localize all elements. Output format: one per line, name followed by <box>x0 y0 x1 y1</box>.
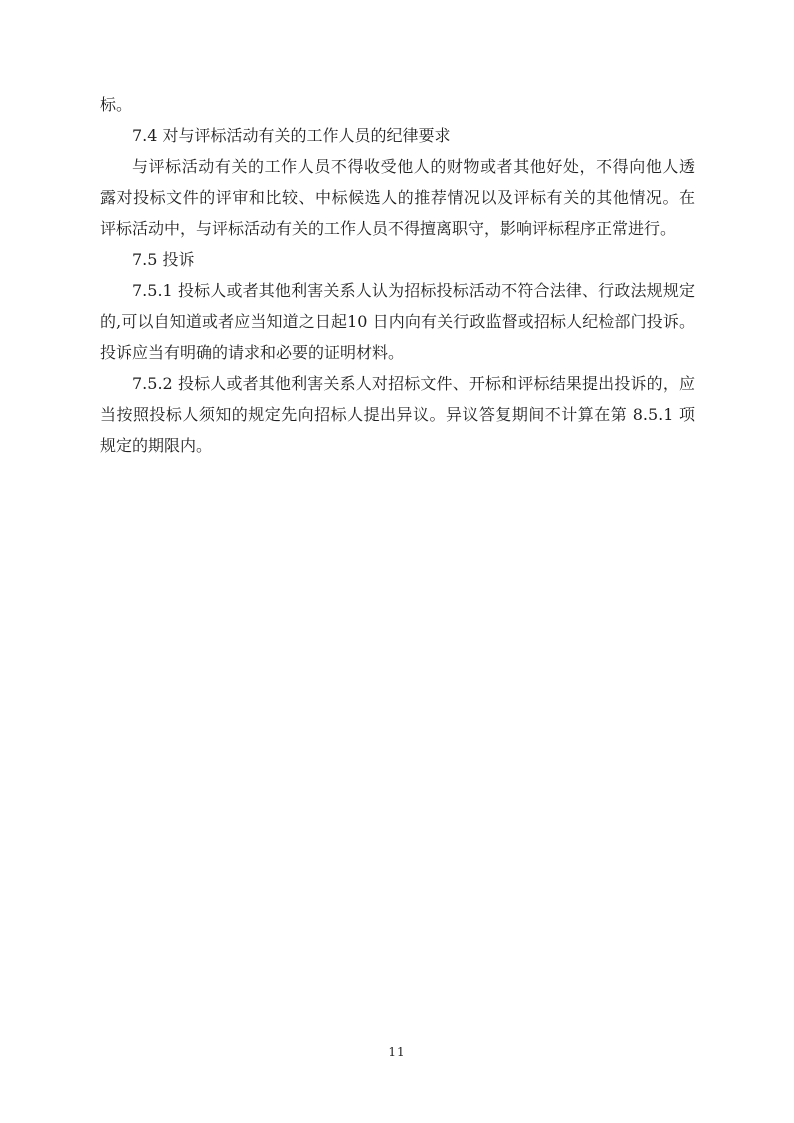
text-line: 当按照投标人须知的规定先向招标人提出异议。异议答复期间不计算在第 8.5.1 项 <box>100 399 695 430</box>
text-line: 露对投标文件的评审和比较、中标候选人的推荐情况以及评标有关的其他情况。在 <box>100 182 695 213</box>
text-line: 7.5.1 投标人或者其他利害关系人认为招标投标活动不符合法律、行政法规规定 <box>100 275 695 306</box>
page-number: 11 <box>388 1045 405 1059</box>
page-footer: 11 <box>0 1041 794 1060</box>
text-line: 与评标活动有关的工作人员不得收受他人的财物或者其他好处，不得向他人透 <box>100 151 695 182</box>
text-line: 评标活动中，与评标活动有关的工作人员不得擅离职守，影响评标程序正常进行。 <box>100 213 695 244</box>
text-line: 的,可以自知道或者应当知道之日起10 日内向有关行政监督或招标人纪检部门投诉。 <box>100 306 695 337</box>
document-page: 标。 7.4 对与评标活动有关的工作人员的纪律要求 与评标活动有关的工作人员不得… <box>0 0 794 1123</box>
text-line-continuation: 标。 <box>100 89 695 120</box>
heading-7-5: 7.5 投诉 <box>100 244 695 275</box>
text-line: 投诉应当有明确的请求和必要的证明材料。 <box>100 337 695 368</box>
text-line: 规定的期限内。 <box>100 430 695 461</box>
heading-7-4: 7.4 对与评标活动有关的工作人员的纪律要求 <box>100 120 695 151</box>
text-line: 7.5.2 投标人或者其他利害关系人对招标文件、开标和评标结果提出投诉的，应 <box>100 368 695 399</box>
document-body: 标。 7.4 对与评标活动有关的工作人员的纪律要求 与评标活动有关的工作人员不得… <box>100 89 695 461</box>
